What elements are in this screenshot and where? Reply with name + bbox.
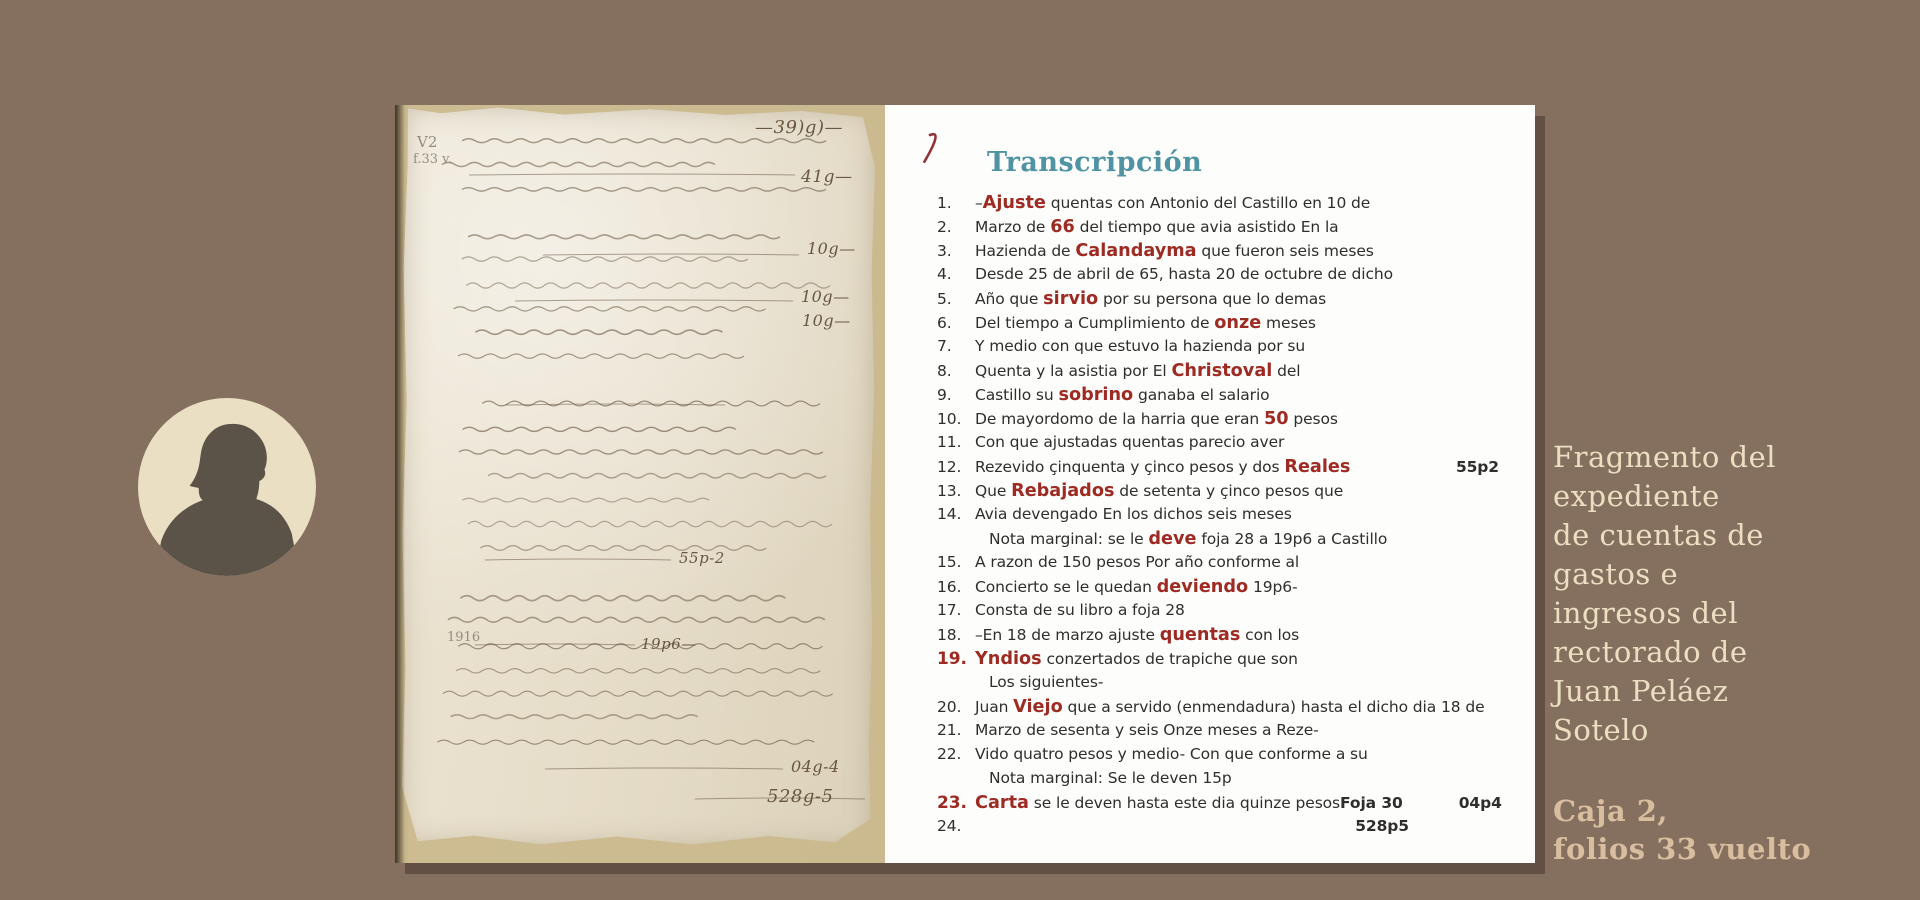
manuscript-annotation: f.33 v.	[413, 152, 452, 167]
line-text: Año que sirvio por su persona que lo dem…	[975, 289, 1326, 309]
line-text: Consta de su libro a foja 28	[975, 601, 1185, 619]
line-text: Juan Viejo que a servido (enmendadura) h…	[975, 697, 1485, 717]
transcription-line: 23.Carta se le deven hasta este dia quin…	[937, 793, 1507, 817]
line-text: Nota marginal: se le deve foja 28 a 19p6…	[975, 529, 1387, 549]
line-number: 10.	[937, 410, 975, 428]
marginal-note-line: Nota marginal: Se le deven 15p	[937, 769, 1507, 793]
marginal-note-line: Nota marginal: se le deve foja 28 a 19p6…	[937, 529, 1507, 553]
line-number: 6.	[937, 314, 975, 332]
manuscript-photo: V2f.33 v.—39)g)—41g—10g—10g—10g—55p-219p…	[395, 105, 885, 863]
line-text: De mayordomo de la harria que eran 50 pe…	[975, 409, 1338, 429]
manuscript-annotation: 10g—	[801, 287, 850, 306]
line-text: Y medio con que estuvo la hazienda por s…	[975, 337, 1305, 355]
transcription-line: 17.Consta de su libro a foja 28	[937, 601, 1507, 625]
line-text: Vido quatro pesos y medio- Con que confo…	[975, 745, 1368, 763]
line-text: Hazienda de Calandayma que fueron seis m…	[975, 241, 1374, 261]
caption-line: rectorado de	[1553, 633, 1903, 672]
marginal-note-line: Los siguientes-	[937, 673, 1507, 697]
transcription-line: 20.Juan Viejo que a servido (enmendadura…	[937, 697, 1507, 721]
manuscript-annotation: 10g—	[807, 239, 856, 258]
line-text: Nota marginal: Se le deven 15p	[975, 769, 1232, 787]
transcription-lines: 1.–Ajuste quentas con Antonio del Castil…	[937, 193, 1507, 841]
handwriting-scribbles	[395, 105, 885, 863]
line-number: 4.	[937, 265, 975, 283]
transcription-line: 13.Que Rebajados de setenta y çinco peso…	[937, 481, 1507, 505]
transcription-line: 11.Con que ajustadas quentas parecio ave…	[937, 433, 1507, 457]
line-text: Desde 25 de abril de 65, hasta 20 de oct…	[975, 265, 1393, 283]
folio-reference: Foja 30	[1340, 794, 1403, 812]
line-number: 16.	[937, 578, 975, 596]
line-number: 17.	[937, 601, 975, 619]
line-number: 3.	[937, 242, 975, 260]
panel-title: Transcripción	[987, 147, 1202, 178]
manuscript-annotation: V2	[417, 133, 437, 151]
transcription-line: 4.Desde 25 de abril de 65, hasta 20 de o…	[937, 265, 1507, 289]
line-number: 9.	[937, 386, 975, 404]
line-number: 1.	[937, 194, 975, 212]
transcription-line: 10.De mayordomo de la harria que eran 50…	[937, 409, 1507, 433]
line-text: A razon de 150 pesos Por año conforme al	[975, 553, 1299, 571]
manuscript-annotation: 10g—	[802, 311, 851, 330]
line-text: Castillo su sobrino ganaba el salario	[975, 385, 1270, 405]
caption-reference: Caja 2,folios 33 vuelto	[1553, 792, 1903, 868]
line-number: 14.	[937, 505, 975, 523]
manuscript-annotation: 528g-5	[767, 786, 833, 807]
manuscript-annotation: 41g—	[801, 167, 853, 187]
caption-line: de cuentas de	[1553, 516, 1903, 555]
caption-reference-line: Caja 2,	[1553, 792, 1903, 830]
line-number: 2.	[937, 218, 975, 236]
transcription-line: 22.Vido quatro pesos y medio- Con que co…	[937, 745, 1507, 769]
avatar	[138, 398, 316, 576]
line-text: Que Rebajados de setenta y çinco pesos q…	[975, 481, 1343, 501]
transcription-line: 12.Rezevido çinquenta y çinco pesos y do…	[937, 457, 1507, 481]
transcription-line: 5.Año que sirvio por su persona que lo d…	[937, 289, 1507, 313]
line-number: 5.	[937, 290, 975, 308]
transcription-line: 6.Del tiempo a Cumplimiento de onze mese…	[937, 313, 1507, 337]
line-text: Marzo de 66 del tiempo que avia asistido…	[975, 217, 1339, 237]
amount-value: 55p2	[1456, 458, 1499, 476]
manuscript-annotation: 55p-2	[679, 549, 725, 567]
line-text: Marzo de sesenta y seis Onze meses a Rez…	[975, 721, 1319, 739]
transcription-line: 24.528p5	[937, 817, 1507, 841]
transcription-line: 2.Marzo de 66 del tiempo que avia asisti…	[937, 217, 1507, 241]
caption-line: gastos e	[1553, 555, 1903, 594]
line-text: Rezevido çinquenta y çinco pesos y dos R…	[975, 457, 1350, 477]
caption-line: Sotelo	[1553, 711, 1903, 750]
transcription-line: 7.Y medio con que estuvo la hazienda por…	[937, 337, 1507, 361]
line-number: 11.	[937, 433, 975, 451]
line-text: Carta se le deven hasta este dia quinze …	[975, 793, 1340, 813]
caption: Fragmento delexpedientede cuentas degast…	[1553, 438, 1903, 868]
document-composite: V2f.33 v.—39)g)—41g—10g—10g—10g—55p-219p…	[395, 105, 1535, 863]
transcription-line: 19.Yndios conzertados de trapiche que so…	[937, 649, 1507, 673]
transcription-panel: Transcripción 1.–Ajuste quentas con Anto…	[885, 105, 1535, 863]
person-silhouette-icon	[138, 398, 316, 576]
line-text: Con que ajustadas quentas parecio aver	[975, 433, 1284, 451]
line-number: 23.	[937, 793, 975, 813]
manuscript-annotation: —39)g)—	[755, 117, 843, 138]
manuscript-annotation: 19p6—	[641, 635, 697, 653]
line-number: 12.	[937, 458, 975, 476]
line-text: Concierto se le quedan deviendo 19p6-	[975, 577, 1298, 597]
caption-line: expediente	[1553, 477, 1903, 516]
transcription-line: 9.Castillo su sobrino ganaba el salario	[937, 385, 1507, 409]
line-text: Quenta y la asistia por El Christoval de…	[975, 361, 1301, 381]
transcription-line: 18.–En 18 de marzo ajuste quentas con lo…	[937, 625, 1507, 649]
line-text: Yndios conzertados de trapiche que son	[975, 649, 1298, 669]
line-number: 7.	[937, 337, 975, 355]
transcription-line: 15.A razon de 150 pesos Por año conforme…	[937, 553, 1507, 577]
line-text: Los siguientes-	[975, 673, 1103, 691]
line-number: 21.	[937, 721, 975, 739]
line-number: 20.	[937, 698, 975, 716]
line-text: –En 18 de marzo ajuste quentas con los	[975, 625, 1299, 645]
line-text: Avia devengado En los dichos seis meses	[975, 505, 1292, 523]
page-background: V2f.33 v.—39)g)—41g—10g—10g—10g—55p-219p…	[0, 0, 1920, 900]
transcription-line: 3.Hazienda de Calandayma que fueron seis…	[937, 241, 1507, 265]
line-number: 24.	[937, 817, 975, 835]
manuscript-annotation: 04g-4	[791, 757, 840, 776]
transcription-line: 16.Concierto se le quedan deviendo 19p6-	[937, 577, 1507, 601]
transcription-line: 14.Avia devengado En los dichos seis mes…	[937, 505, 1507, 529]
total-amount: 528p5	[1355, 817, 1409, 835]
line-number: 19.	[937, 649, 975, 669]
transcription-line: 8.Quenta y la asistia por El Christoval …	[937, 361, 1507, 385]
line-number: 22.	[937, 745, 975, 763]
caption-line: ingresos del	[1553, 594, 1903, 633]
line-number: 15.	[937, 553, 975, 571]
line-text: –Ajuste quentas con Antonio del Castillo…	[975, 193, 1370, 213]
line-text: Del tiempo a Cumplimiento de onze meses	[975, 313, 1316, 333]
caption-reference-line: folios 33 vuelto	[1553, 830, 1903, 868]
line-number: 18.	[937, 626, 975, 644]
caption-line: Fragmento del	[1553, 438, 1903, 477]
transcription-line: 1.–Ajuste quentas con Antonio del Castil…	[937, 193, 1507, 217]
transcription-line: 21.Marzo de sesenta y seis Onze meses a …	[937, 721, 1507, 745]
amount-value: 04p4	[1459, 794, 1502, 812]
caption-text: Fragmento delexpedientede cuentas degast…	[1553, 438, 1903, 750]
caption-line: Juan Peláez	[1553, 672, 1903, 711]
line-number: 8.	[937, 362, 975, 380]
line-number: 13.	[937, 482, 975, 500]
manuscript-annotation: 1916	[447, 630, 480, 645]
